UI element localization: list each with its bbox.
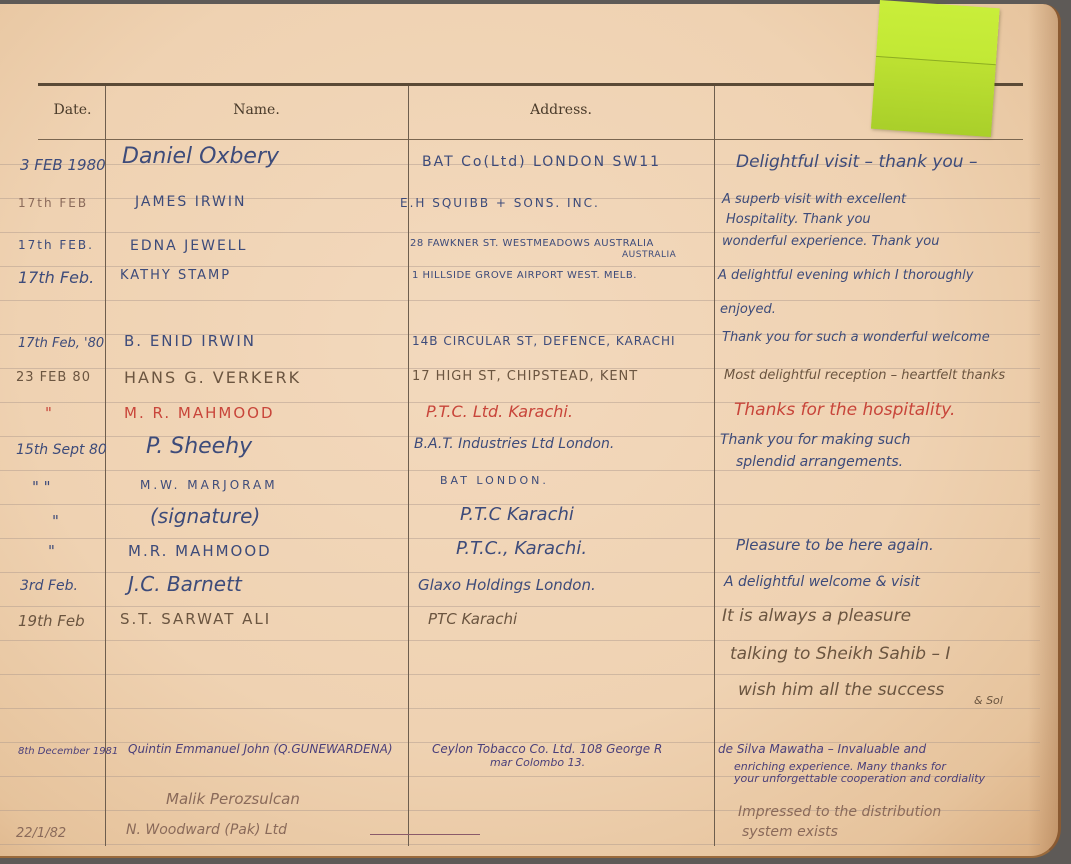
column-header-date: Date. [40,102,105,118]
ruled-line [0,470,1040,471]
entry-address: B.A.T. Industries Ltd London. [414,436,614,452]
entry-remark: A delightful evening which I thoroughly [718,268,973,283]
ruled-line [0,708,1040,709]
entry-name: HANS G. VERKERK [124,368,301,387]
entry-name: (signature) [150,504,260,528]
sticky-note[interactable] [871,0,1000,136]
entry-name: M.W. MARJORAM [140,478,278,492]
entry-remark: Thanks for the hospitality. [734,400,955,420]
entry-address: 1 HILLSIDE GROVE AIRPORT WEST. MELB. [412,270,637,281]
entry-remark: enjoyed. [720,302,776,317]
entry-date: 22/1/82 [16,826,66,841]
entry-date: 15th Sept 80 [16,442,107,458]
entry-name: B. ENID IRWIN [124,332,256,350]
entry-remark: Delightful visit – thank you – [736,152,977,172]
entry-date: " " [32,478,51,496]
entry-remark: Impressed to the distribution [738,804,941,820]
entry-name: KATHY STAMP [120,268,231,283]
entry-remark: de Silva Mawatha – Invaluable and [718,742,926,756]
entry-address: P.T.C., Karachi. [456,538,587,559]
column-header-address: Address. [408,102,714,118]
column-divider [714,86,715,846]
entry-address: Ceylon Tobacco Co. Ltd. 108 George R [432,742,662,756]
entry-date: " [52,512,59,530]
entry-date: " [45,404,52,422]
entry-name: S.T. SARWAT ALI [120,610,271,628]
entry-date: 23 FEB 80 [16,370,91,385]
entry-address: Glaxo Holdings London. [418,576,596,594]
entry-date: 17th FEB [18,196,88,210]
guest-book-page: Date. Name. Address. Remarks. 3 FEB 1980… [0,4,1061,858]
entry-name: M. R. MAHMOOD [124,404,275,422]
entry-remark: talking to Sheikh Sahib – I [730,644,950,664]
entry-remark: Pleasure to be here again. [736,536,934,554]
entry-remark: A delightful welcome & visit [724,574,920,590]
entry-date: 19th Feb [18,612,85,630]
entry-address: PTC Karachi [428,610,517,628]
entry-remark: Thank you for making such [720,432,910,448]
column-header-name: Name. [105,102,408,118]
entry-name: Quintin Emmanuel John (Q.GUNEWARDENA) [128,742,393,756]
entry-remark: Hospitality. Thank you [726,212,871,227]
entry-date: 17th Feb, '80 [18,336,104,351]
header-rule [38,139,1023,140]
entry-date: 8th December 1981 [18,746,118,757]
sticky-note-fold [871,56,996,137]
entry-remark: It is always a pleasure [722,606,911,626]
column-divider [105,86,106,846]
ruled-line [0,300,1040,301]
entry-date: " [48,542,55,560]
entry-remark: your unforgettable cooperation and cordi… [734,772,985,785]
entry-name: EDNA JEWELL [130,238,247,254]
entry-address: BAT Co(Ltd) LONDON SW11 [422,154,661,170]
entry-remark: & Sol [974,694,1003,707]
entry-name: J.C. Barnett [128,572,242,596]
entry-remark: Most delightful reception – heartfelt th… [724,368,1005,383]
entry-name: Malik Perozsulcan [166,790,300,808]
ruled-line [0,640,1040,641]
entry-remark: splendid arrangements. [736,454,903,470]
entry-address: E.H SQUIBB + SONS. INC. [400,196,600,210]
entry-name: M.R. MAHMOOD [128,542,272,560]
ruled-line [0,844,1040,845]
page-edge-shadow [1028,4,1058,856]
arrow-line [370,834,480,835]
entry-remark: A superb visit with excellent [722,192,906,207]
entry-date: 3rd Feb. [20,578,78,594]
entry-name: N. Woodward (Pak) Ltd [126,822,287,838]
entry-address: 17 HIGH ST, CHIPSTEAD, KENT [412,369,638,384]
entry-name: P. Sheehy [146,434,252,459]
entry-remark: wish him all the success [738,680,944,700]
entry-address: P.T.C. Ltd. Karachi. [426,402,573,421]
entry-address: BAT LONDON. [440,474,549,487]
entry-address-line2: mar Colombo 13. [490,756,585,769]
entry-date: 17th FEB. [18,238,94,252]
entry-address: 14B CIRCULAR ST, DEFENCE, KARACHI [412,334,676,348]
entry-address-note: AUSTRALIA [622,250,676,260]
entry-name: Daniel Oxbery [122,144,279,169]
entry-remark: wonderful experience. Thank you [722,234,939,249]
entry-date: 17th Feb. [18,268,94,287]
ruled-line [0,266,1040,267]
ruled-line [0,674,1040,675]
entry-address: 28 FAWKNER ST. WESTMEADOWS AUSTRALIA [410,238,654,249]
entry-remark: system exists [742,824,838,840]
entry-date: 3 FEB 1980 [20,156,106,174]
entry-remark: Thank you for such a wonderful welcome [722,330,990,345]
entry-name: JAMES IRWIN [135,194,246,210]
entry-address: P.T.C Karachi [460,504,574,525]
ruled-line [0,232,1040,233]
